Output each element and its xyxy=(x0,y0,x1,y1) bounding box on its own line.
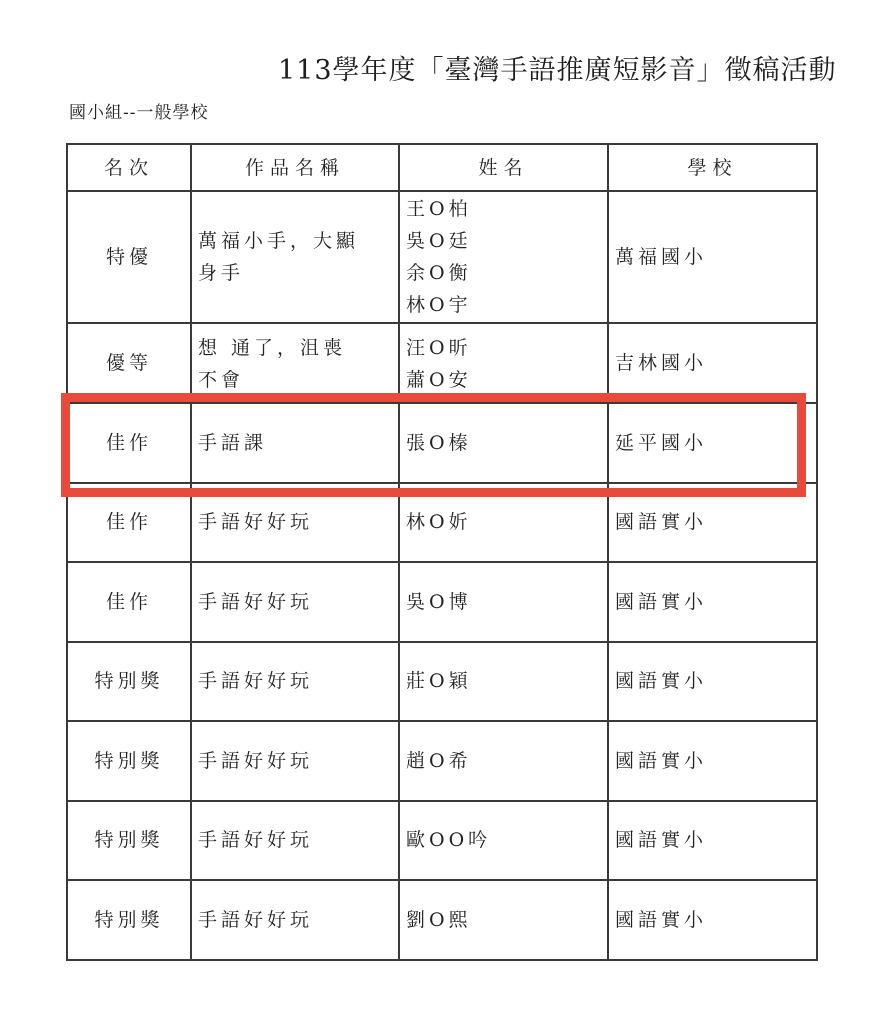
name-cell: 趙O希 xyxy=(399,721,608,801)
work-title-cell: 手語好好玩 xyxy=(191,880,399,960)
name-cell: 張O榛 xyxy=(399,403,608,483)
rank-cell: 特別獎 xyxy=(67,801,191,881)
name-cell: 汪O昕 蕭O安 xyxy=(399,323,608,403)
work-title-cell: 想 通了，沮喪 不會 xyxy=(191,323,399,403)
table-row: 特別獎 手語好好玩 劉O熙 國語實小 xyxy=(67,880,817,960)
school-cell: 國語實小 xyxy=(608,642,817,722)
table-row: 佳作 手語好好玩 林O妡 國語實小 xyxy=(67,483,817,563)
school-cell: 國語實小 xyxy=(608,483,817,563)
group-subtitle: 國小組--一般學校 xyxy=(69,98,209,123)
name-cell: 劉O熙 xyxy=(399,880,608,960)
table-row: 特優 萬福小手，大顯 身手 王O柏 吳O廷 余O衡 林O宇 萬福國小 xyxy=(67,191,817,323)
school-cell: 國語實小 xyxy=(608,562,817,642)
student-name: 蕭O安 xyxy=(406,364,607,396)
work-title-cell: 手語好好玩 xyxy=(191,562,399,642)
work-title-cell: 手語好好玩 xyxy=(191,801,399,881)
rank-cell: 特別獎 xyxy=(67,880,191,960)
work-title-line: 萬福小手，大顯 xyxy=(198,225,398,257)
rank-cell: 佳作 xyxy=(67,562,191,642)
rank-cell: 特別獎 xyxy=(67,642,191,722)
school-cell: 國語實小 xyxy=(608,721,817,801)
table-row: 特別獎 手語好好玩 莊O穎 國語實小 xyxy=(67,642,817,722)
header-rank: 名次 xyxy=(67,144,191,191)
rank-cell: 特優 xyxy=(67,191,191,323)
student-name: 王O柏 xyxy=(406,193,607,225)
award-results-table: 名次 作品名稱 姓名 學校 特優 萬福小手，大顯 身手 王O柏 吳O廷 余O衡 … xyxy=(66,143,818,961)
table-row-highlighted: 佳作 手語課 張O榛 延平國小 xyxy=(67,403,817,483)
work-title-line: 不會 xyxy=(198,364,398,396)
school-cell: 國語實小 xyxy=(608,880,817,960)
work-title-cell: 手語課 xyxy=(191,403,399,483)
work-title-cell: 手語好好玩 xyxy=(191,642,399,722)
table-row: 特別獎 手語好好玩 歐OO吟 國語實小 xyxy=(67,801,817,881)
name-cell: 歐OO吟 xyxy=(399,801,608,881)
work-title-cell: 萬福小手，大顯 身手 xyxy=(191,191,399,323)
student-name: 林O宇 xyxy=(406,289,607,321)
table-row: 優等 想 通了，沮喪 不會 汪O昕 蕭O安 吉林國小 xyxy=(67,323,817,403)
table-header-row: 名次 作品名稱 姓名 學校 xyxy=(67,144,817,191)
work-title-line: 想 通了，沮喪 xyxy=(198,332,398,364)
header-school: 學校 xyxy=(608,144,817,191)
table-row: 特別獎 手語好好玩 趙O希 國語實小 xyxy=(67,721,817,801)
name-cell: 林O妡 xyxy=(399,483,608,563)
name-cell: 吳O博 xyxy=(399,562,608,642)
student-name: 汪O昕 xyxy=(406,332,607,364)
rank-cell: 優等 xyxy=(67,323,191,403)
header-work-title: 作品名稱 xyxy=(191,144,399,191)
school-cell: 延平國小 xyxy=(608,403,817,483)
school-cell: 萬福國小 xyxy=(608,191,817,323)
rank-cell: 特別獎 xyxy=(67,721,191,801)
table-row: 佳作 手語好好玩 吳O博 國語實小 xyxy=(67,562,817,642)
document-title: 113學年度「臺灣手語推廣短影音」徵稿活動 xyxy=(278,48,837,87)
school-cell: 吉林國小 xyxy=(608,323,817,403)
work-title-line: 身手 xyxy=(198,257,398,289)
header-name: 姓名 xyxy=(399,144,608,191)
name-cell: 莊O穎 xyxy=(399,642,608,722)
school-cell: 國語實小 xyxy=(608,801,817,881)
name-cell: 王O柏 吳O廷 余O衡 林O宇 xyxy=(399,191,608,323)
work-title-cell: 手語好好玩 xyxy=(191,483,399,563)
work-title-cell: 手語好好玩 xyxy=(191,721,399,801)
rank-cell: 佳作 xyxy=(67,403,191,483)
student-name: 吳O廷 xyxy=(406,225,607,257)
student-name: 余O衡 xyxy=(406,257,607,289)
rank-cell: 佳作 xyxy=(67,483,191,563)
